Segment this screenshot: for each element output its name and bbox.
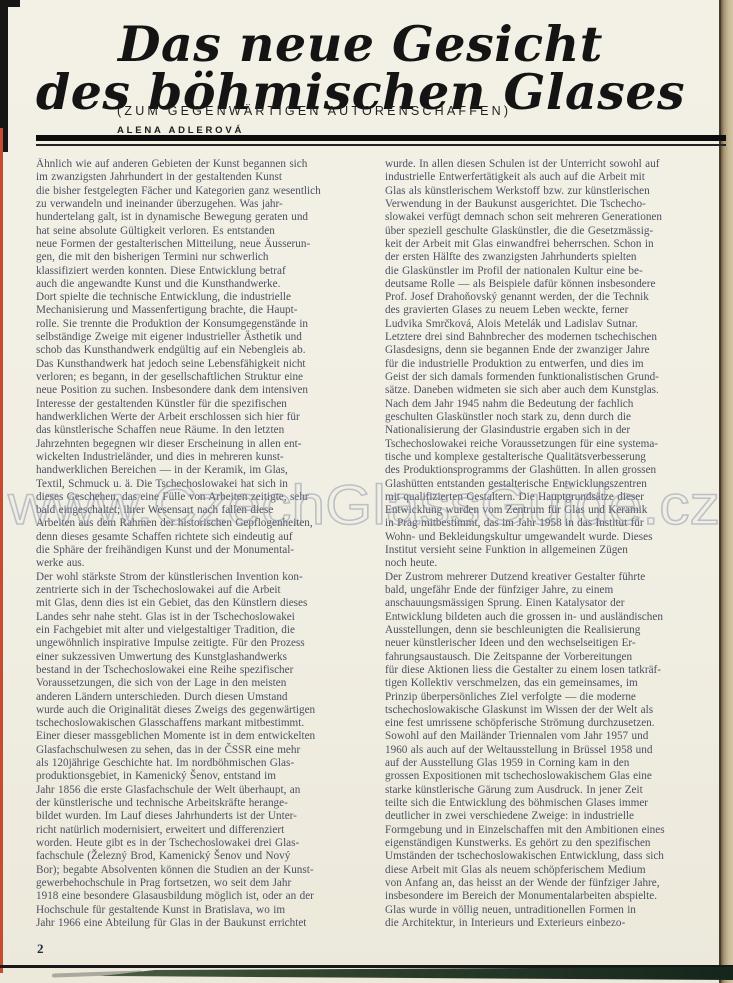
left-page-edge-red-line xyxy=(0,128,3,973)
header-rule-thick xyxy=(36,135,726,141)
page-bottom-edge-line xyxy=(0,965,733,968)
book-spine-corner xyxy=(0,0,20,7)
body-column-left: Ähnlich wie auf anderen Gebieten der Kun… xyxy=(36,158,372,934)
body-column-right: wurde. In allen diesen Schulen ist der U… xyxy=(385,158,725,934)
book-cover-wedge xyxy=(0,967,733,983)
article-subtitle: (ZUM GEGENWÄRTIGEN AUTORENSCHAFFEN) xyxy=(117,104,511,118)
page-number: 2 xyxy=(37,941,44,957)
header-rule-thin xyxy=(36,144,726,146)
article-title-line-1: Das neue Gesicht xyxy=(118,20,603,69)
